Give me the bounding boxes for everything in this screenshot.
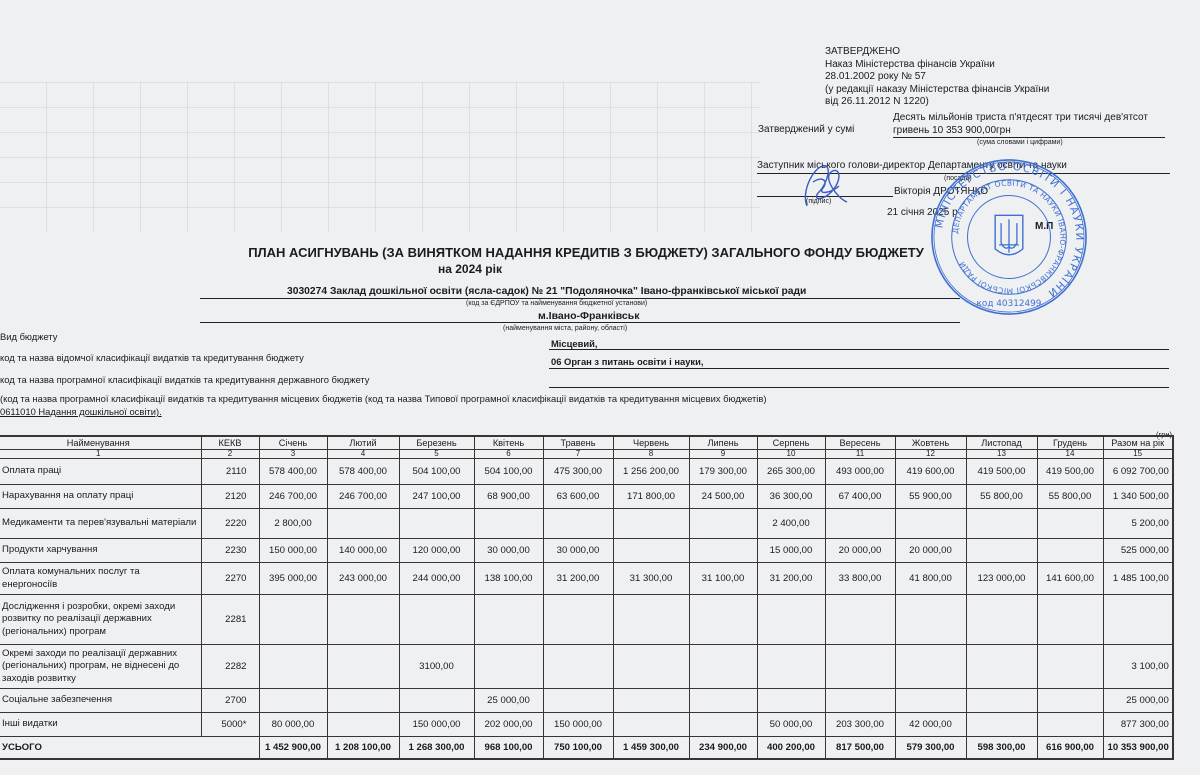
approval-line: від 26.11.2012 N 1220) <box>825 96 1049 109</box>
month-value <box>825 689 895 713</box>
month-value <box>327 645 399 689</box>
row-kekv: 2282 <box>201 645 259 689</box>
city-caption: (найменування міста, району, області) <box>503 325 627 332</box>
month-value <box>895 645 966 689</box>
month-value: 150 000,00 <box>399 713 474 737</box>
month-value: 55 900,00 <box>895 485 966 509</box>
month-value <box>757 645 825 689</box>
month-value <box>259 689 327 713</box>
row-annual-total: 1 340 500,00 <box>1103 485 1173 509</box>
month-value <box>689 713 757 737</box>
month-total: 598 300,00 <box>966 737 1037 759</box>
month-value: 578 400,00 <box>327 459 399 485</box>
month-value: 30 000,00 <box>474 539 543 563</box>
month-value <box>474 509 543 539</box>
row-annual-total: 877 300,00 <box>1103 713 1173 737</box>
month-value: 150 000,00 <box>543 713 613 737</box>
column-header: Найменування <box>0 436 201 450</box>
month-value <box>1037 689 1103 713</box>
month-value <box>1037 595 1103 645</box>
month-value: 246 700,00 <box>259 485 327 509</box>
row-name: Окремі заходи по реалізації державних (р… <box>0 645 201 689</box>
month-value: 42 000,00 <box>895 713 966 737</box>
column-header: Липень <box>689 436 757 450</box>
row-kekv: 2110 <box>201 459 259 485</box>
month-value: 419 500,00 <box>1037 459 1103 485</box>
budget-type-label: Вид бюджету <box>0 331 58 342</box>
month-value <box>543 645 613 689</box>
month-total: 750 100,00 <box>543 737 613 759</box>
month-value <box>895 595 966 645</box>
approval-line: Наказ Міністерства фінансів України <box>825 59 1049 72</box>
total-label: УСЬОГО <box>0 737 259 759</box>
month-value: 33 800,00 <box>825 563 895 595</box>
month-value <box>689 689 757 713</box>
month-value <box>1037 713 1103 737</box>
column-number: 15 <box>1103 450 1173 459</box>
sum-words-line1: Десять мільйонів триста п'ятдесят три ти… <box>893 111 1148 124</box>
row-kekv: 2120 <box>201 485 259 509</box>
month-value: 41 800,00 <box>895 563 966 595</box>
row-annual-total <box>1103 595 1173 645</box>
month-total: 968 100,00 <box>474 737 543 759</box>
month-value: 578 400,00 <box>259 459 327 485</box>
month-value: 2 400,00 <box>757 509 825 539</box>
row-kekv: 2230 <box>201 539 259 563</box>
month-value <box>474 645 543 689</box>
allocation-table: НайменуванняКЕКВСіченьЛютийБерезеньКвіте… <box>0 435 1174 760</box>
month-value: 419 600,00 <box>895 459 966 485</box>
month-value <box>327 509 399 539</box>
month-value <box>259 645 327 689</box>
dept-classification-underline <box>549 368 1169 369</box>
month-value: 243 000,00 <box>327 563 399 595</box>
table-row: Продукти харчування2230150 000,00140 000… <box>0 539 1173 563</box>
month-value: 120 000,00 <box>399 539 474 563</box>
month-value: 63 600,00 <box>543 485 613 509</box>
month-value <box>543 595 613 645</box>
column-header: Жовтень <box>895 436 966 450</box>
institution-caption: (код за ЄДРПОУ та найменування бюджетної… <box>466 300 647 307</box>
month-value: 202 000,00 <box>474 713 543 737</box>
month-value <box>399 509 474 539</box>
month-value <box>613 595 689 645</box>
row-annual-total: 3 100,00 <box>1103 645 1173 689</box>
row-name: Соціальне забезпечення <box>0 689 201 713</box>
official-stamp-icon: МІНІСТЕРСТВО ОСВІТИ І НАУКИ УКРАЇНИ ДЕПА… <box>930 158 1088 316</box>
table-row: Оплата комунальних послуг та енергоносії… <box>0 563 1173 595</box>
row-kekv: 5000* <box>201 713 259 737</box>
column-number: 10 <box>757 450 825 459</box>
month-value: 31 300,00 <box>613 563 689 595</box>
month-value <box>966 509 1037 539</box>
row-name: Оплата комунальних послуг та енергоносії… <box>0 563 201 595</box>
row-name: Оплата праці <box>0 459 201 485</box>
month-value <box>543 509 613 539</box>
city-underline <box>200 322 960 323</box>
row-kekv: 2270 <box>201 563 259 595</box>
month-value: 265 300,00 <box>757 459 825 485</box>
column-number-row: 123456789101112131415 <box>0 450 1173 459</box>
month-value: 25 000,00 <box>474 689 543 713</box>
row-kekv: 2281 <box>201 595 259 645</box>
column-number: 5 <box>399 450 474 459</box>
month-total: 1 452 900,00 <box>259 737 327 759</box>
local-program-value: 0611010 Надання дошкільної освіти). <box>0 406 162 417</box>
month-value <box>689 595 757 645</box>
row-name: Інші видатки <box>0 713 201 737</box>
month-value: 67 400,00 <box>825 485 895 509</box>
sum-caption: (сума словами і цифрами) <box>977 139 1063 146</box>
month-value <box>259 595 327 645</box>
month-value: 504 100,00 <box>474 459 543 485</box>
sum-underline <box>893 137 1165 138</box>
month-value: 31 200,00 <box>757 563 825 595</box>
document-year: на 2024 рік <box>438 262 502 276</box>
column-header: Вересень <box>825 436 895 450</box>
month-total: 1 459 300,00 <box>613 737 689 759</box>
month-total: 616 900,00 <box>1037 737 1103 759</box>
month-value <box>895 509 966 539</box>
month-value: 1 256 200,00 <box>613 459 689 485</box>
month-value <box>895 689 966 713</box>
approval-line: ЗАТВЕРДЖЕНО <box>825 46 1049 59</box>
table-row: Окремі заходи по реалізації державних (р… <box>0 645 1173 689</box>
month-value: 141 600,00 <box>1037 563 1103 595</box>
month-value <box>825 595 895 645</box>
month-value: 80 000,00 <box>259 713 327 737</box>
month-value: 123 000,00 <box>966 563 1037 595</box>
month-total: 1 208 100,00 <box>327 737 399 759</box>
row-annual-total: 5 200,00 <box>1103 509 1173 539</box>
month-value <box>689 509 757 539</box>
month-value <box>543 689 613 713</box>
month-value <box>613 509 689 539</box>
month-value <box>474 595 543 645</box>
month-value <box>399 689 474 713</box>
month-value: 3100,00 <box>399 645 474 689</box>
row-kekv: 2700 <box>201 689 259 713</box>
grand-total: 10 353 900,00 <box>1103 737 1173 759</box>
row-name: Медикаменти та перев'язувальні матеріали <box>0 509 201 539</box>
row-annual-total: 525 000,00 <box>1103 539 1173 563</box>
month-value <box>689 539 757 563</box>
column-number: 1 <box>0 450 201 459</box>
month-value: 475 300,00 <box>543 459 613 485</box>
column-number: 3 <box>259 450 327 459</box>
column-header: Серпень <box>757 436 825 450</box>
month-value <box>966 713 1037 737</box>
signature-icon <box>793 162 855 208</box>
column-number: 8 <box>613 450 689 459</box>
month-value <box>613 713 689 737</box>
column-number: 4 <box>327 450 399 459</box>
month-value: 36 300,00 <box>757 485 825 509</box>
local-program-label: (код та назва програмної класифікації ви… <box>0 393 766 404</box>
month-value <box>1037 539 1103 563</box>
column-header: КЕКВ <box>201 436 259 450</box>
month-value: 179 300,00 <box>689 459 757 485</box>
month-value: 419 500,00 <box>966 459 1037 485</box>
month-value <box>399 595 474 645</box>
column-header: Листопад <box>966 436 1037 450</box>
month-total: 400 200,00 <box>757 737 825 759</box>
table-row: Інші видатки5000*80 000,00150 000,00202 … <box>0 713 1173 737</box>
city-name: м.Івано-Франківськ <box>538 310 639 322</box>
month-value <box>327 689 399 713</box>
month-value: 31 100,00 <box>689 563 757 595</box>
row-annual-total: 25 000,00 <box>1103 689 1173 713</box>
month-value: 15 000,00 <box>757 539 825 563</box>
budget-type-value: Місцевий, <box>551 338 598 349</box>
column-header: Березень <box>399 436 474 450</box>
month-value: 140 000,00 <box>327 539 399 563</box>
dept-classification-value: 06 Орган з питань освіти і науки, <box>551 356 703 367</box>
row-name: Дослідження і розробки, окремі заходи ро… <box>0 595 201 645</box>
month-value: 244 000,00 <box>399 563 474 595</box>
month-value: 50 000,00 <box>757 713 825 737</box>
column-number: 6 <box>474 450 543 459</box>
month-value <box>966 539 1037 563</box>
column-number: 12 <box>895 450 966 459</box>
column-number: 13 <box>966 450 1037 459</box>
approval-line: 28.01.2002 року № 57 <box>825 71 1049 84</box>
table-row: Дослідження і розробки, окремі заходи ро… <box>0 595 1173 645</box>
bleed-through-background <box>0 82 760 232</box>
month-value: 55 800,00 <box>966 485 1037 509</box>
month-value: 247 100,00 <box>399 485 474 509</box>
month-value <box>1037 645 1103 689</box>
month-value <box>966 645 1037 689</box>
month-value: 246 700,00 <box>327 485 399 509</box>
sum-label: Затверджений у сумі <box>758 124 854 135</box>
month-value: 203 300,00 <box>825 713 895 737</box>
month-value <box>966 689 1037 713</box>
budget-type-underline <box>549 349 1169 350</box>
approval-block: ЗАТВЕРДЖЕНО Наказ Міністерства фінансів … <box>825 46 1049 109</box>
stamp-code: код 40312499 <box>977 299 1042 309</box>
month-value <box>825 645 895 689</box>
month-value: 2 800,00 <box>259 509 327 539</box>
month-value: 24 500,00 <box>689 485 757 509</box>
approval-line: (у редакції наказу Міністерства фінансів… <box>825 84 1049 97</box>
month-value: 20 000,00 <box>825 539 895 563</box>
month-value: 395 000,00 <box>259 563 327 595</box>
month-value <box>327 713 399 737</box>
column-header: Січень <box>259 436 327 450</box>
row-annual-total: 1 485 100,00 <box>1103 563 1173 595</box>
month-value: 504 100,00 <box>399 459 474 485</box>
table-row: Соціальне забезпечення270025 000,0025 00… <box>0 689 1173 713</box>
header-row: НайменуванняКЕКВСіченьЛютийБерезеньКвіте… <box>0 436 1173 450</box>
document-title: ПЛАН АСИГНУВАНЬ (ЗА ВИНЯТКОМ НАДАННЯ КРЕ… <box>0 245 1170 260</box>
column-number: 7 <box>543 450 613 459</box>
month-value <box>613 689 689 713</box>
state-program-label: код та назва програмної класифікації вид… <box>0 374 370 385</box>
institution-name: 3030274 Заклад дошкільної освіти (ясла-с… <box>287 286 806 297</box>
month-value: 30 000,00 <box>543 539 613 563</box>
row-name: Продукти харчування <box>0 539 201 563</box>
month-value: 55 800,00 <box>1037 485 1103 509</box>
institution-underline <box>200 298 960 299</box>
row-annual-total: 6 092 700,00 <box>1103 459 1173 485</box>
state-program-underline <box>549 387 1169 388</box>
table-row: Оплата праці2110578 400,00578 400,00504 … <box>0 459 1173 485</box>
month-value <box>1037 509 1103 539</box>
month-value <box>966 595 1037 645</box>
month-value <box>327 595 399 645</box>
month-value: 20 000,00 <box>895 539 966 563</box>
column-number: 9 <box>689 450 757 459</box>
month-value <box>757 595 825 645</box>
month-value: 171 800,00 <box>613 485 689 509</box>
sum-in-words: Десять мільйонів триста п'ятдесят три ти… <box>893 111 1148 137</box>
month-value <box>613 645 689 689</box>
column-header: Травень <box>543 436 613 450</box>
month-value: 68 900,00 <box>474 485 543 509</box>
table-row: Нарахування на оплату праці2120246 700,0… <box>0 485 1173 509</box>
month-value <box>613 539 689 563</box>
month-total: 1 268 300,00 <box>399 737 474 759</box>
month-total: 817 500,00 <box>825 737 895 759</box>
dept-classification-label: код та назва відомчої класифікації видат… <box>0 352 304 363</box>
column-number: 2 <box>201 450 259 459</box>
total-row: УСЬОГО1 452 900,001 208 100,001 268 300,… <box>0 737 1173 759</box>
month-value: 493 000,00 <box>825 459 895 485</box>
table-row: Медикаменти та перев'язувальні матеріали… <box>0 509 1173 539</box>
column-number: 14 <box>1037 450 1103 459</box>
month-value: 31 200,00 <box>543 563 613 595</box>
column-header: Грудень <box>1037 436 1103 450</box>
column-header: Квітень <box>474 436 543 450</box>
month-value: 150 000,00 <box>259 539 327 563</box>
month-value: 138 100,00 <box>474 563 543 595</box>
column-header: Червень <box>613 436 689 450</box>
column-header: Лютий <box>327 436 399 450</box>
sum-words-line2: гривень 10 353 900,00грн <box>893 124 1148 137</box>
row-kekv: 2220 <box>201 509 259 539</box>
month-value <box>825 509 895 539</box>
month-value <box>757 689 825 713</box>
row-name: Нарахування на оплату праці <box>0 485 201 509</box>
column-number: 11 <box>825 450 895 459</box>
column-header: Разом на рік <box>1103 436 1173 450</box>
month-total: 234 900,00 <box>689 737 757 759</box>
month-value <box>689 645 757 689</box>
month-total: 579 300,00 <box>895 737 966 759</box>
